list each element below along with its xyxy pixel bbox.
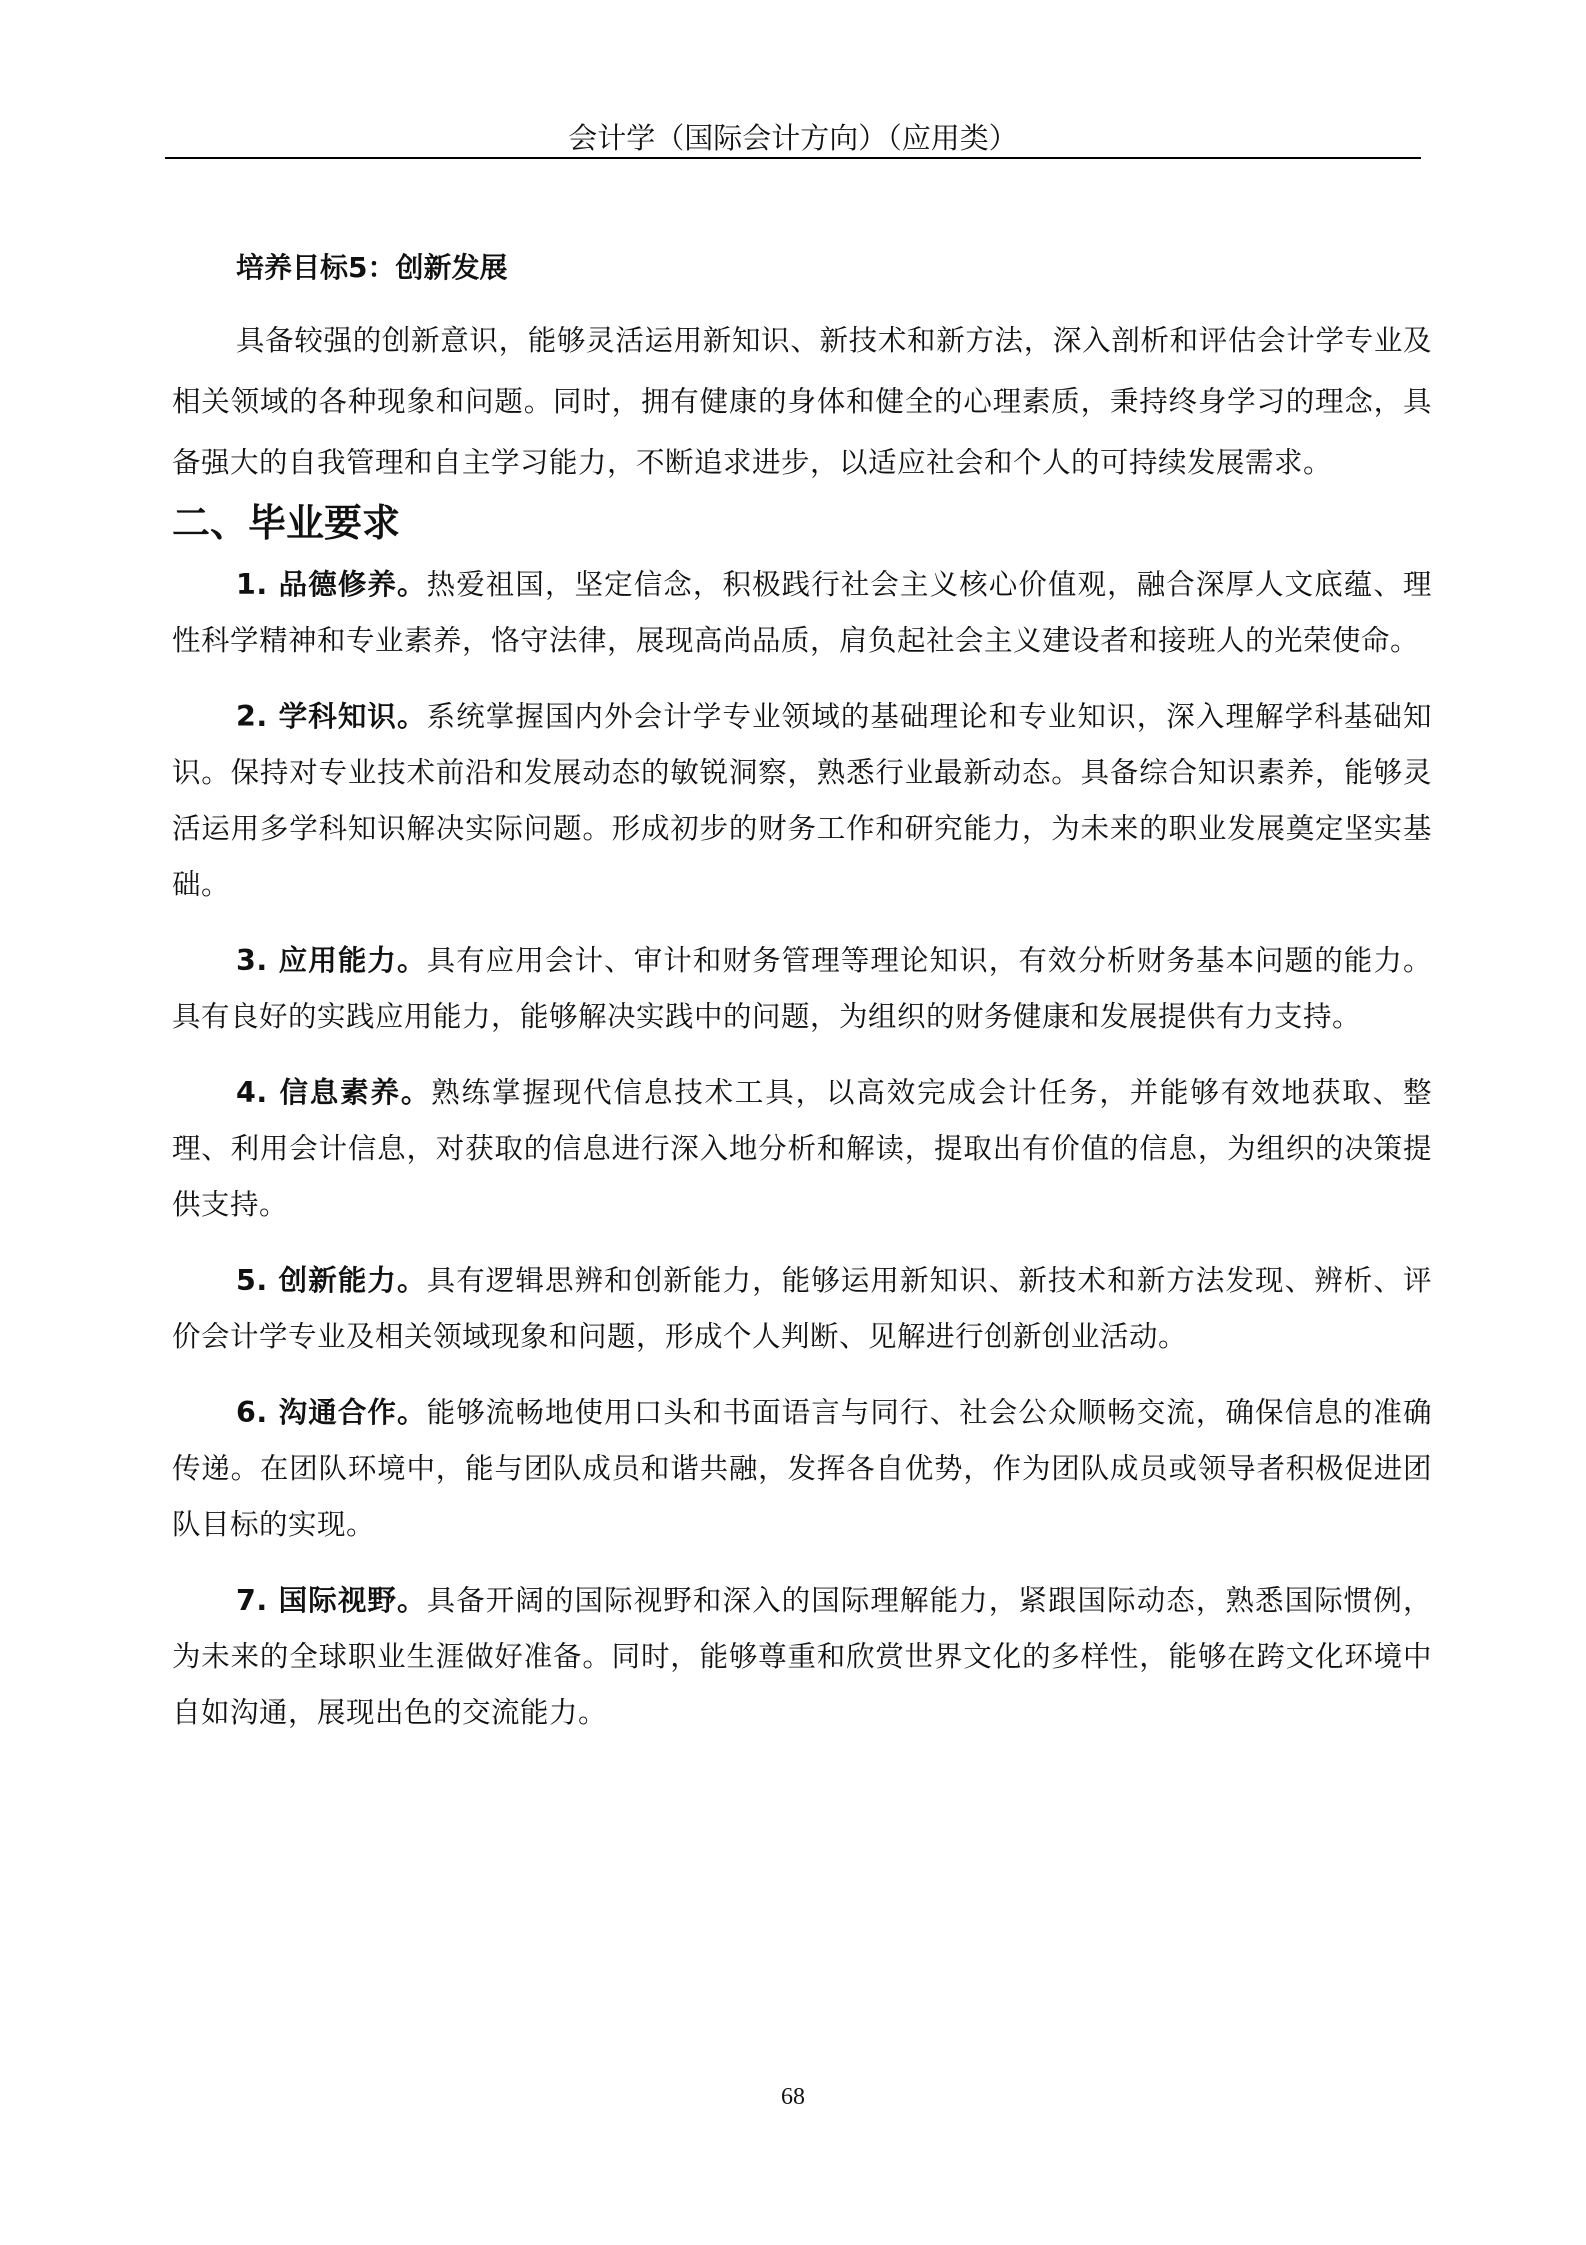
requirement-item: 5. 创新能力。具有逻辑思辨和创新能力，能够运用新知识、新技术和新方法发现、辨析… xyxy=(172,1253,1432,1365)
goal-5-title: 培养目标5：创新发展 xyxy=(236,248,1432,288)
header-divider xyxy=(165,157,1421,159)
requirement-lead: 3. 应用能力。 xyxy=(236,944,427,977)
running-header: 会计学（国际会计方向）（应用类） xyxy=(165,118,1421,158)
requirement-lead: 5. 创新能力。 xyxy=(236,1264,427,1297)
requirement-item: 1. 品德修养。热爱祖国，坚定信念，积极践行社会主义核心价值观，融合深厚人文底蕴… xyxy=(172,557,1432,669)
goal-5-body: 具备较强的创新意识，能够灵活运用新知识、新技术和新方法，深入剖析和评估会计学专业… xyxy=(172,310,1432,493)
page-number: 68 xyxy=(0,2084,1586,2111)
requirement-item: 4. 信息素养。熟练掌握现代信息技术工具，以高效完成会计任务，并能够有效地获取、… xyxy=(172,1065,1432,1233)
requirement-lead: 1. 品德修养。 xyxy=(236,568,427,601)
section-title-graduation-requirements: 二、毕业要求 xyxy=(172,493,1432,553)
page-content: 培养目标5：创新发展 具备较强的创新意识，能够灵活运用新知识、新技术和新方法，深… xyxy=(172,248,1432,1761)
requirement-item: 3. 应用能力。具有应用会计、审计和财务管理等理论知识，有效分析财务基本问题的能… xyxy=(172,933,1432,1045)
requirement-lead: 6. 沟通合作。 xyxy=(236,1396,427,1429)
requirement-item: 2. 学科知识。系统掌握国内外会计学专业领域的基础理论和专业知识，深入理解学科基… xyxy=(172,689,1432,913)
requirement-item: 7. 国际视野。具备开阔的国际视野和深入的国际理解能力，紧跟国际动态，熟悉国际惯… xyxy=(172,1573,1432,1741)
requirement-lead: 4. 信息素养。 xyxy=(236,1076,431,1109)
requirement-lead: 2. 学科知识。 xyxy=(236,700,427,733)
requirement-lead: 7. 国际视野。 xyxy=(236,1584,427,1617)
requirement-item: 6. 沟通合作。能够流畅地使用口头和书面语言与同行、社会公众顺畅交流，确保信息的… xyxy=(172,1385,1432,1553)
